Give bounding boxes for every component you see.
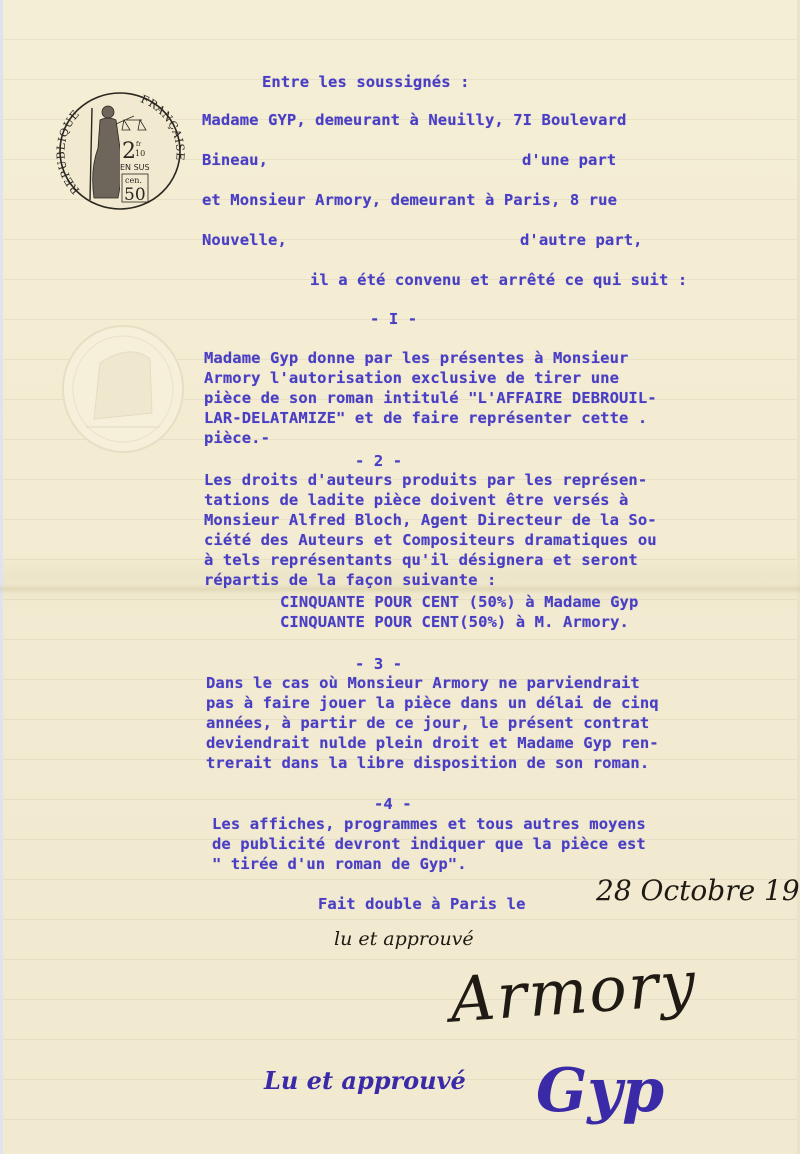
armory-approval-note: lu et approuvé xyxy=(334,928,474,950)
party1-line2-left: Bineau, xyxy=(202,150,268,171)
article-3-number: - 3 - xyxy=(355,654,402,675)
stamp-cen: cen. xyxy=(125,176,142,185)
article-4-line: " tirée d'un roman de Gyp". xyxy=(212,854,467,875)
party2-line1: et Monsieur Armory, demeurant à Paris, 8… xyxy=(202,190,617,211)
party1-line2-right: d'une part xyxy=(522,150,616,171)
armory-signature: Armory xyxy=(448,946,700,1036)
stamp-cen-value: 50 xyxy=(124,185,146,205)
handwritten-date: 28 Octobre 1911 xyxy=(596,874,800,907)
article-1-number: - I - xyxy=(370,309,417,330)
document-page: REPUBLIQUE FRANÇAISE 2 fr 10 EN SUS xyxy=(0,0,800,1154)
share-armory: CINQUANTE POUR CENT(50%) à M. Armory. xyxy=(280,612,629,633)
made-at-line: Fait double à Paris le xyxy=(318,894,526,915)
article-2-line: à tels représentants qu'il désignera et … xyxy=(204,550,638,571)
share-gyp: CINQUANTE POUR CENT (50%) à Madame Gyp xyxy=(280,592,638,613)
article-2-line: Monsieur Alfred Bloch, Agent Directeur d… xyxy=(204,510,657,531)
article-3-line: Dans le cas où Monsieur Armory ne parvie… xyxy=(206,673,640,694)
article-4-number: -4 - xyxy=(374,794,412,815)
article-3-line: deviendrait nulde plein droit et Madame … xyxy=(206,733,659,754)
article-2-line: ciété des Auteurs et Compositeurs dramat… xyxy=(204,530,657,551)
fiscal-stamp: REPUBLIQUE FRANÇAISE 2 fr 10 EN SUS xyxy=(54,90,186,212)
article-3-line: années, à partir de ce jour, le présent … xyxy=(206,713,649,734)
gyp-signature: Gyp xyxy=(536,1056,664,1126)
article-2-line: répartis de la façon suivante : xyxy=(204,570,496,591)
article-3-line: pas à faire jouer la pièce dans un délai… xyxy=(206,693,659,714)
gyp-approval-note: Lu et approuvé xyxy=(264,1066,466,1095)
article-3-line: trerait dans la libre disposition de son… xyxy=(206,753,649,774)
party1-line1: Madame GYP, demeurant à Neuilly, 7I Boul… xyxy=(202,110,626,131)
article-4-line: Les affiches, programmes et tous autres … xyxy=(212,814,646,835)
article-2-number: - 2 - xyxy=(355,451,402,472)
article-1-line: Armory l'autorisation exclusive de tirer… xyxy=(204,368,619,389)
article-1-line: LAR-DELATAMIZE" et de faire représenter … xyxy=(204,408,647,429)
article-4-line: de publicité devront indiquer que la piè… xyxy=(212,834,646,855)
party2-line2-right: d'autre part, xyxy=(520,230,643,251)
article-2-line: Les droits d'auteurs produits par les re… xyxy=(204,470,647,491)
intro-line: Entre les soussignés : xyxy=(262,72,470,93)
page-edge-left xyxy=(0,0,3,1154)
stamp-en-sus: EN SUS xyxy=(120,163,150,172)
embossed-seal-icon xyxy=(60,323,186,455)
article-1-line: pièce de son roman intitulé "L'AFFAIRE D… xyxy=(204,388,657,409)
article-1-line: Madame Gyp donne par les présentes à Mon… xyxy=(204,348,628,369)
party2-line2-left: Nouvelle, xyxy=(202,230,287,251)
article-1-line: pièce.- xyxy=(204,428,270,449)
embossed-seal xyxy=(60,323,186,455)
agreed-line: il a été convenu et arrêté ce qui suit : xyxy=(310,270,687,291)
article-2-line: tations de ladite pièce doivent être ver… xyxy=(204,490,628,511)
stamp-value: 2 xyxy=(122,139,136,164)
stamp-fraction-top: fr xyxy=(136,141,141,148)
stamp-justice-icon: REPUBLIQUE FRANÇAISE 2 fr 10 EN SUS xyxy=(54,90,186,212)
stamp-fraction-bottom: 10 xyxy=(135,149,145,158)
